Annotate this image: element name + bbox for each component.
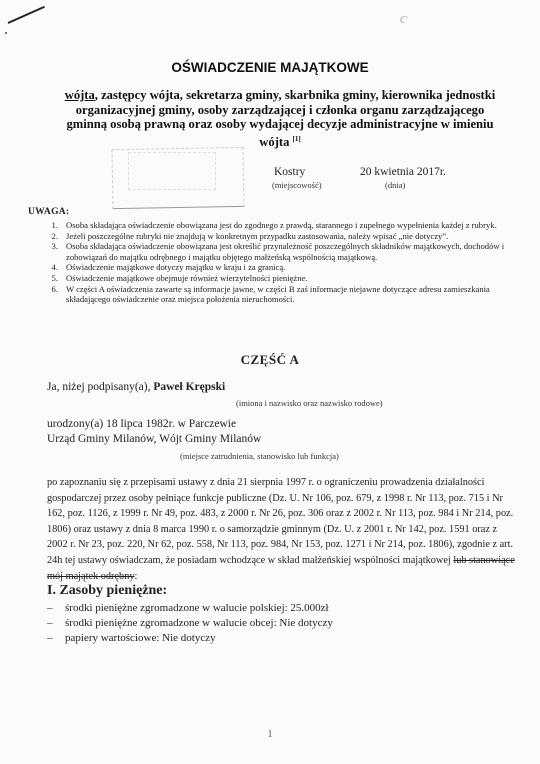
body-end: : [135, 571, 138, 582]
subtitle-footnote: [1] [293, 135, 301, 143]
declarant-name-label: (imiona i nazwisko oraz nazwisko rodowe) [236, 398, 383, 408]
declarant-prefix: Ja, niżej podpisany(a), [47, 381, 153, 393]
document-subtitle: wójta, zastępcy wójta, sekretarza gminy,… [60, 88, 500, 149]
note-item: 2.Jeżeli poszczególne rubryki nie znajdu… [28, 231, 518, 242]
note-item: 5.Oświadczenie majątkowe obejmuje równie… [28, 273, 518, 284]
note-item: 1.Osoba składająca oświadczenie obowiąza… [28, 220, 518, 231]
dash-bullet-icon: – [47, 601, 65, 616]
note-text: Oświadczenie majątkowe obejmuje również … [66, 273, 518, 284]
handwritten-corner-mark: c [398, 9, 410, 28]
cash-item-text: papiery wartościowe: Nie dotyczy [65, 631, 216, 646]
birth-info: urodzony(a) 18 lipca 1982r. w Parczewie [47, 418, 236, 430]
place-value: Kostry [274, 166, 305, 178]
declaration-body: po zapoznaniu się z przepisami ustawy z … [47, 475, 517, 584]
dash-bullet-icon: – [47, 631, 65, 646]
faded-stamp-inner [128, 152, 216, 190]
note-item: 4.Oświadczenie majątkowe dotyczy majątku… [28, 262, 518, 273]
place-label: (miejscowość) [272, 180, 322, 190]
cash-item-text: środki pieniężne zgromadzone w walucie p… [65, 601, 329, 616]
note-text: Osoba składająca oświadczenie obowiązana… [66, 220, 518, 231]
pen-dot [5, 32, 7, 34]
note-number: 6. [28, 284, 66, 305]
cash-item-text: środki pieniężne zgromadzone w walucie o… [65, 616, 333, 631]
document-title: OŚWIADCZENIE MAJĄTKOWE [0, 60, 540, 75]
section-heading-cash: I. Zasoby pieniężne: [47, 583, 167, 599]
part-heading: CZĘŚĆ A [0, 352, 540, 368]
note-number: 3. [28, 241, 66, 262]
notes-heading: UWAGA: [28, 207, 69, 217]
cash-item: –papiery wartościowe: Nie dotyczy [47, 631, 333, 646]
notes-list: 1.Osoba składająca oświadczenie obowiąza… [28, 220, 518, 305]
date-label: (dnia) [385, 180, 405, 190]
page-number: 1 [0, 729, 540, 740]
pen-mark [8, 6, 45, 24]
cash-item: –środki pieniężne zgromadzone w walucie … [47, 616, 333, 631]
note-text: Jeżeli poszczególne rubryki nie znajdują… [66, 231, 518, 242]
note-item: 3.Osoba składająca oświadczenie obowiąza… [28, 241, 518, 262]
employer-label: (miejsce zatrudnienia, stanowisko lub fu… [180, 451, 339, 461]
note-number: 4. [28, 262, 66, 273]
employer-info: Urząd Gminy Milanów, Wójt Gminy Milanów [47, 433, 261, 445]
note-number: 1. [28, 220, 66, 231]
cash-item: –środki pieniężne zgromadzone w walucie … [47, 601, 333, 616]
declarant-name: Paweł Krępski [153, 381, 225, 393]
dash-bullet-icon: – [47, 616, 65, 631]
body-text: po zapoznaniu się z przepisami ustawy z … [47, 477, 513, 566]
cash-items-list: –środki pieniężne zgromadzone w walucie … [47, 601, 333, 646]
note-text: W części A oświadczenia zawarte są infor… [66, 284, 518, 305]
note-number: 5. [28, 273, 66, 284]
subtitle-text: , zastępcy wójta, sekretarza gminy, skar… [66, 88, 495, 149]
note-text: Oświadczenie majątkowe dotyczy majątku w… [66, 262, 518, 273]
subtitle-underlined: wójta [65, 88, 95, 102]
date-value: 20 kwietnia 2017r. [360, 166, 446, 178]
note-item: 6.W części A oświadczenia zawarte są inf… [28, 284, 518, 305]
declarant-line: Ja, niżej podpisany(a), Paweł Krępski [47, 381, 225, 393]
note-number: 2. [28, 231, 66, 242]
note-text: Osoba składająca oświadczenie obowiązana… [66, 241, 518, 262]
